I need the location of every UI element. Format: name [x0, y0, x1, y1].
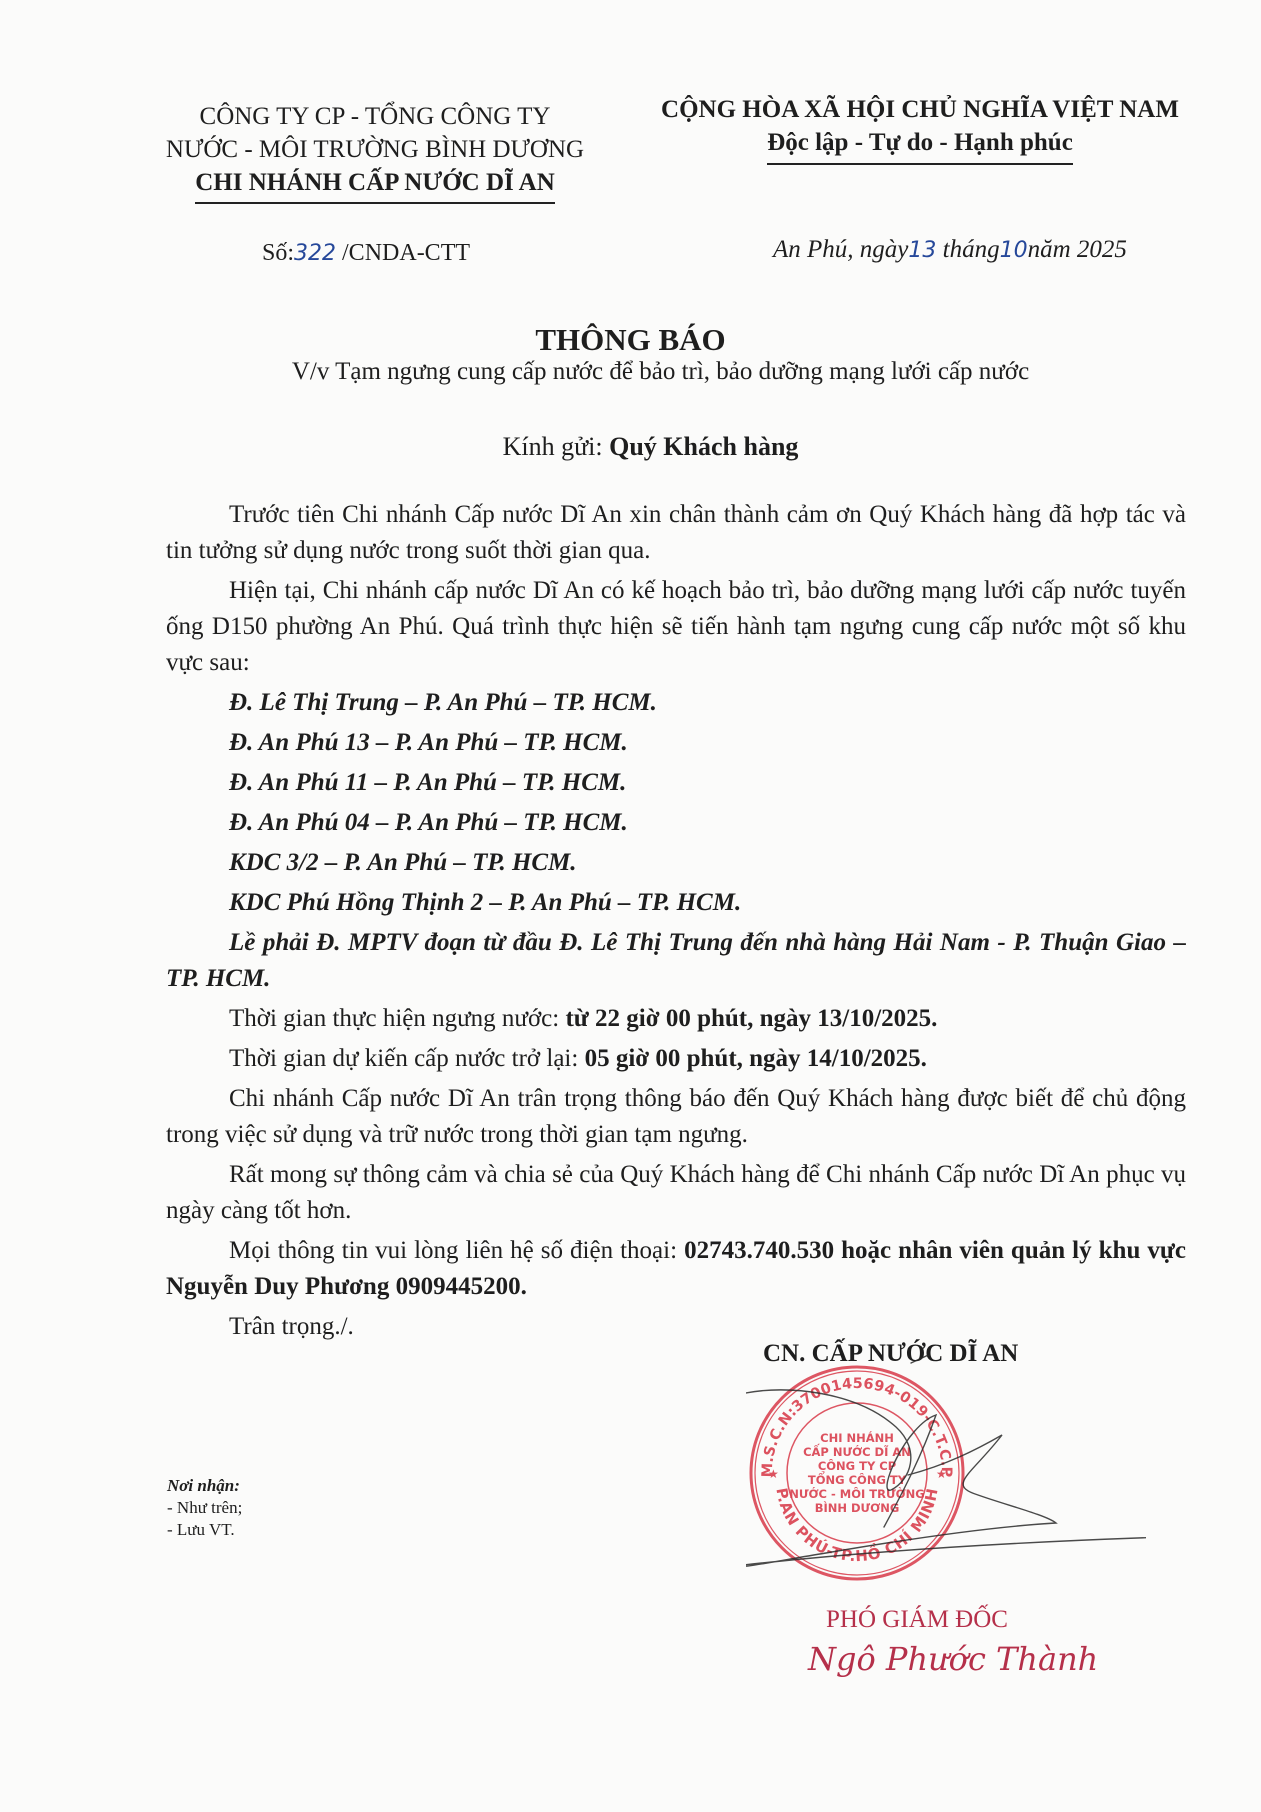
affected-area-item: Đ. An Phú 13 – P. An Phú – TP. HCM.: [166, 725, 1186, 761]
signer-title: PHÓ GIÁM ĐỐC: [826, 1606, 1008, 1634]
paragraph-thanks: Trước tiên Chi nhánh Cấp nước Dĩ An xin …: [166, 497, 1186, 569]
regards: Trân trọng./.: [166, 1309, 1186, 1345]
contact-info: Mọi thông tin vui lòng liên hệ số điện t…: [166, 1233, 1186, 1305]
document-number: Số:322 /CNDA-CTT: [262, 240, 470, 267]
stop-time: Thời gian thực hiện ngưng nước: từ 22 gi…: [166, 1001, 1186, 1037]
handwritten-signature: [746, 1355, 1146, 1595]
resume-time-value: 05 giờ 00 phút, ngày 14/10/2025.: [585, 1045, 927, 1072]
issuer-branch: CHI NHÁNH CẤP NƯỚC DĨ AN: [195, 166, 555, 204]
recipient-item: - Lưu VT.: [167, 1519, 242, 1541]
resume-time-label: Thời gian dự kiến cấp nước trở lại:: [229, 1045, 585, 1072]
greeting: Kính gửi: Quý Khách hàng: [0, 432, 1261, 462]
affected-area-item: KDC Phú Hồng Thịnh 2 – P. An Phú – TP. H…: [166, 885, 1186, 921]
paragraph-apology: Rất mong sự thông cảm và chia sẻ của Quý…: [166, 1157, 1186, 1229]
national-header: CỘNG HÒA XÃ HỘI CHỦ NGHĨA VIỆT NAM Độc l…: [640, 93, 1200, 165]
issuer-line-1: CÔNG TY CP - TỔNG CÔNG TY: [140, 100, 610, 133]
date-month-label: tháng: [936, 236, 999, 263]
national-title: CỘNG HÒA XÃ HỘI CHỦ NGHĨA VIỆT NAM: [640, 93, 1200, 126]
document-subject: V/v Tạm ngưng cung cấp nước để bảo trì, …: [0, 358, 1261, 386]
stop-time-label: Thời gian thực hiện ngưng nước:: [229, 1005, 565, 1032]
resume-time: Thời gian dự kiến cấp nước trở lại: 05 g…: [166, 1041, 1186, 1077]
recipient-item: - Như trên;: [167, 1497, 242, 1519]
date-year: năm 2025: [1028, 236, 1127, 263]
paragraph-plan: Hiện tại, Chi nhánh cấp nước Dĩ An có kế…: [166, 573, 1186, 681]
doc-number-handwritten: 322: [294, 241, 336, 266]
date-day: 13: [908, 238, 936, 263]
affected-area-item: Đ. An Phú 11 – P. An Phú – TP. HCM.: [166, 765, 1186, 801]
issuer-header: CÔNG TY CP - TỔNG CÔNG TY NƯỚC - MÔI TRƯ…: [140, 100, 610, 204]
national-motto: Độc lập - Tự do - Hạnh phúc: [767, 126, 1073, 165]
stop-time-value: từ 22 giờ 00 phút, ngày 13/10/2025.: [565, 1005, 937, 1032]
greeting-recipient: Quý Khách hàng: [609, 432, 798, 461]
document-body: Trước tiên Chi nhánh Cấp nước Dĩ An xin …: [166, 497, 1186, 1349]
greeting-label: Kính gửi:: [503, 432, 610, 461]
recipients-block: Nơi nhận: - Như trên; - Lưu VT.: [167, 1475, 242, 1541]
signer-name: Ngô Phước Thành: [808, 1640, 1098, 1678]
doc-number-suffix: /CNDA-CTT: [336, 240, 470, 266]
contact-label: Mọi thông tin vui lòng liên hệ số điện t…: [229, 1237, 684, 1264]
date-place: An Phú, ngày: [773, 236, 908, 263]
affected-area-item: Đ. An Phú 04 – P. An Phú – TP. HCM.: [166, 805, 1186, 841]
affected-area-item: Đ. Lê Thị Trung – P. An Phú – TP. HCM.: [166, 685, 1186, 721]
affected-area-item: Lề phải Đ. MPTV đoạn từ đầu Đ. Lê Thị Tr…: [166, 925, 1186, 997]
affected-area-item: KDC 3/2 – P. An Phú – TP. HCM.: [166, 845, 1186, 881]
paragraph-notice: Chi nhánh Cấp nước Dĩ An trân trọng thôn…: [166, 1081, 1186, 1153]
document-title: THÔNG BÁO: [0, 322, 1261, 358]
doc-number-prefix: Số:: [262, 240, 294, 266]
recipients-label: Nơi nhận:: [167, 1475, 242, 1497]
issuer-line-2: NƯỚC - MÔI TRƯỜNG BÌNH DƯƠNG: [140, 133, 610, 166]
document-date: An Phú, ngày13 tháng10năm 2025: [773, 236, 1127, 264]
date-month: 10: [1000, 238, 1028, 263]
affected-areas-list: Đ. Lê Thị Trung – P. An Phú – TP. HCM.Đ.…: [166, 685, 1186, 997]
